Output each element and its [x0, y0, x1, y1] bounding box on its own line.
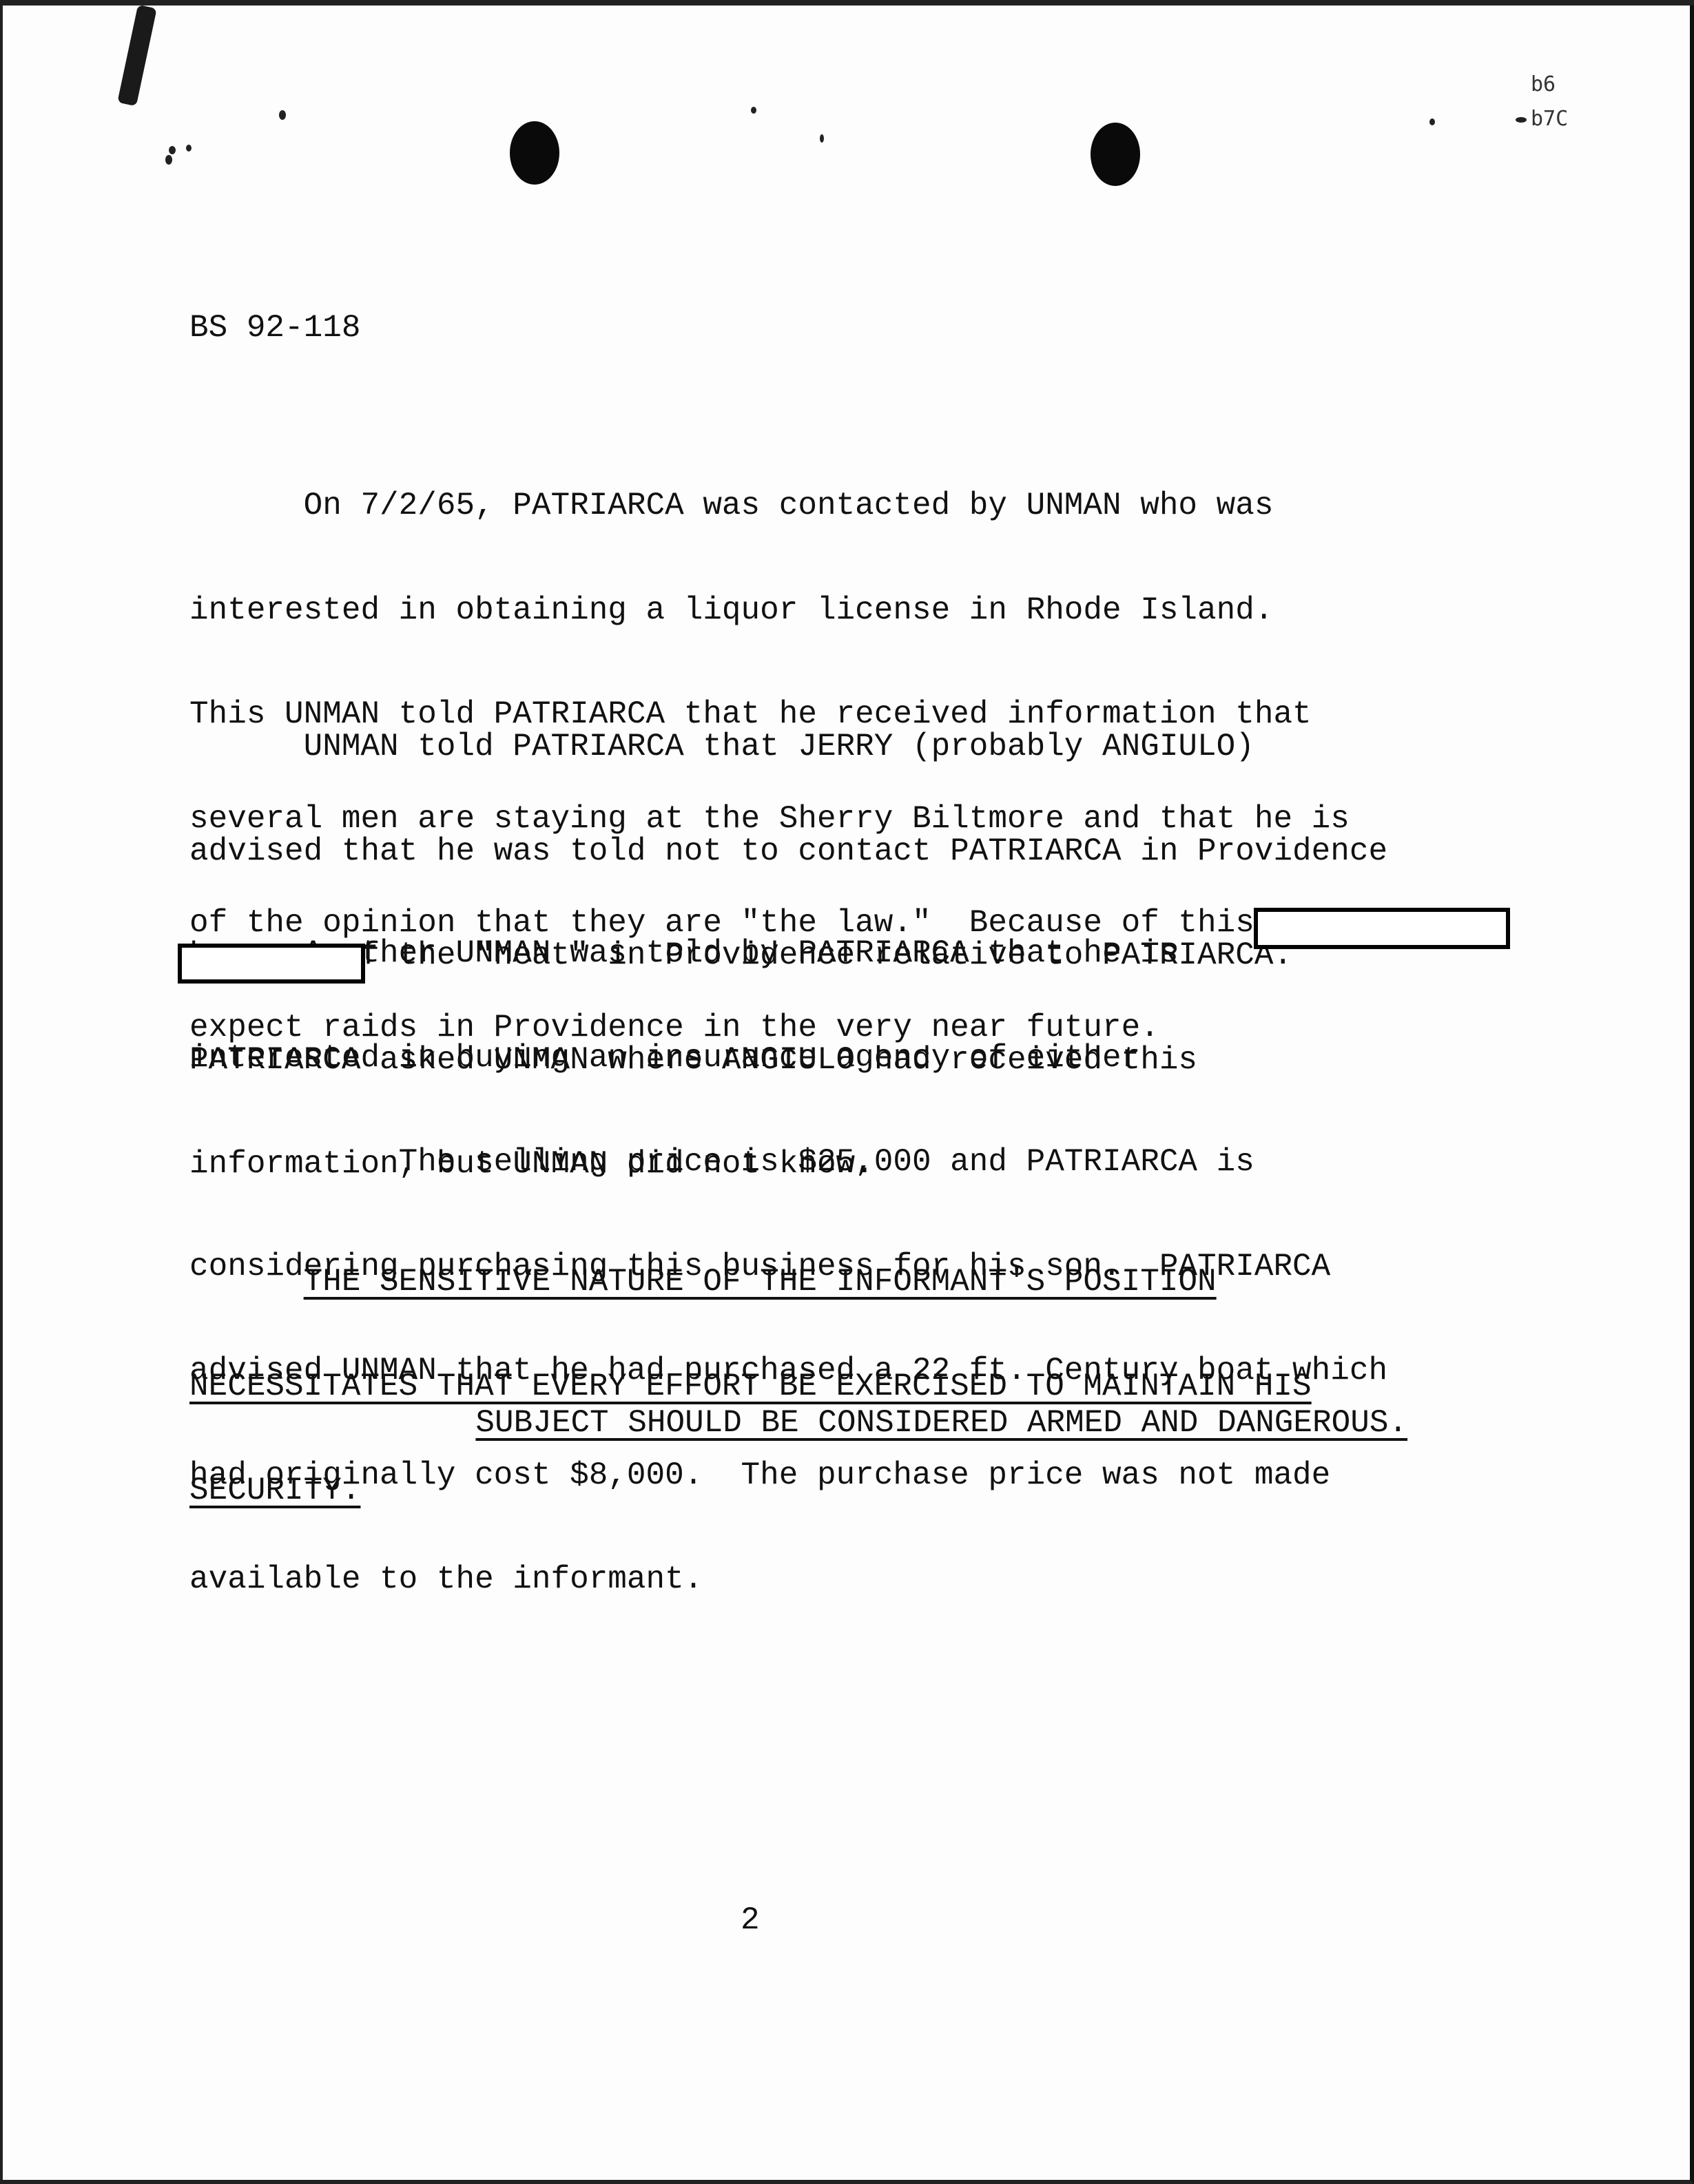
text-line: advised that he was told not to contact …: [189, 834, 1540, 869]
redaction-box: [178, 944, 365, 984]
text-line: UNMAN told PATRIARCA that JERRY (probabl…: [189, 729, 1540, 765]
binder-hole-left: [510, 121, 559, 185]
scan-speck: [186, 145, 192, 152]
armed-dangerous-notice: SUBJECT SHOULD BE CONSIDERED ARMED AND D…: [400, 1371, 1407, 1475]
text-line: On 7/2/65, PATRIARCA was contacted by UN…: [189, 488, 1540, 523]
security-notice-line: SECURITY.: [189, 1473, 360, 1508]
binder-hole-right: [1091, 123, 1140, 186]
armed-notice-text: SUBJECT SHOULD BE CONSIDERED ARMED AND D…: [475, 1405, 1407, 1441]
scan-speck: [1516, 117, 1527, 123]
security-notice-line: THE SENSITIVE NATURE OF THE INFORMANT'S …: [304, 1264, 1217, 1300]
page-number: 2: [741, 1902, 760, 1938]
scan-speck: [279, 110, 286, 120]
scan-edge-left: [0, 0, 3, 2184]
scan-speck: [820, 134, 824, 143]
redaction-box: [1254, 908, 1510, 949]
scan-smudge: [117, 5, 157, 107]
scan-speck: [1429, 118, 1435, 125]
exemption-code-b7c: b7C: [1531, 103, 1568, 135]
text-line: interested in buying an insurance agency…: [189, 1041, 1540, 1076]
scan-edge-top: [0, 0, 1694, 6]
scan-speck: [751, 107, 756, 114]
scan-speck: [165, 155, 172, 165]
document-page: b6 b7C BS 92-118 On 7/2/65, PATRIARCA wa…: [0, 0, 1694, 2184]
scan-speck: [169, 146, 176, 154]
exemption-code-b6: b6: [1531, 69, 1556, 101]
file-number: BS 92-118: [189, 310, 360, 346]
text-line: interested in obtaining a liquor license…: [189, 593, 1540, 628]
text-line: The selling price is $25,000 and PATRIAR…: [189, 1145, 1540, 1180]
